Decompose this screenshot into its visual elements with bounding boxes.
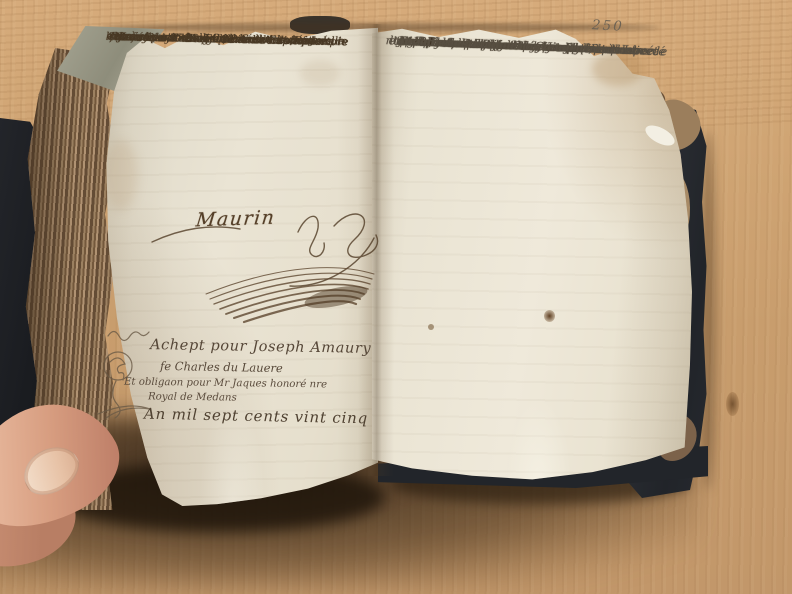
page-number: 250 [592, 17, 625, 35]
photograph-of-manuscript-book: Jean Pierre Bourel, Pierre Espaunier pre… [0, 0, 792, 594]
marginal-note-line: Royal de Medans [148, 391, 237, 403]
manuscript-line: en foy du tout signé. [114, 27, 231, 49]
signature-flourish-icon [148, 196, 448, 336]
marginal-note-line: fe Charles du Lauere [160, 359, 283, 375]
wood-knot [726, 392, 739, 416]
